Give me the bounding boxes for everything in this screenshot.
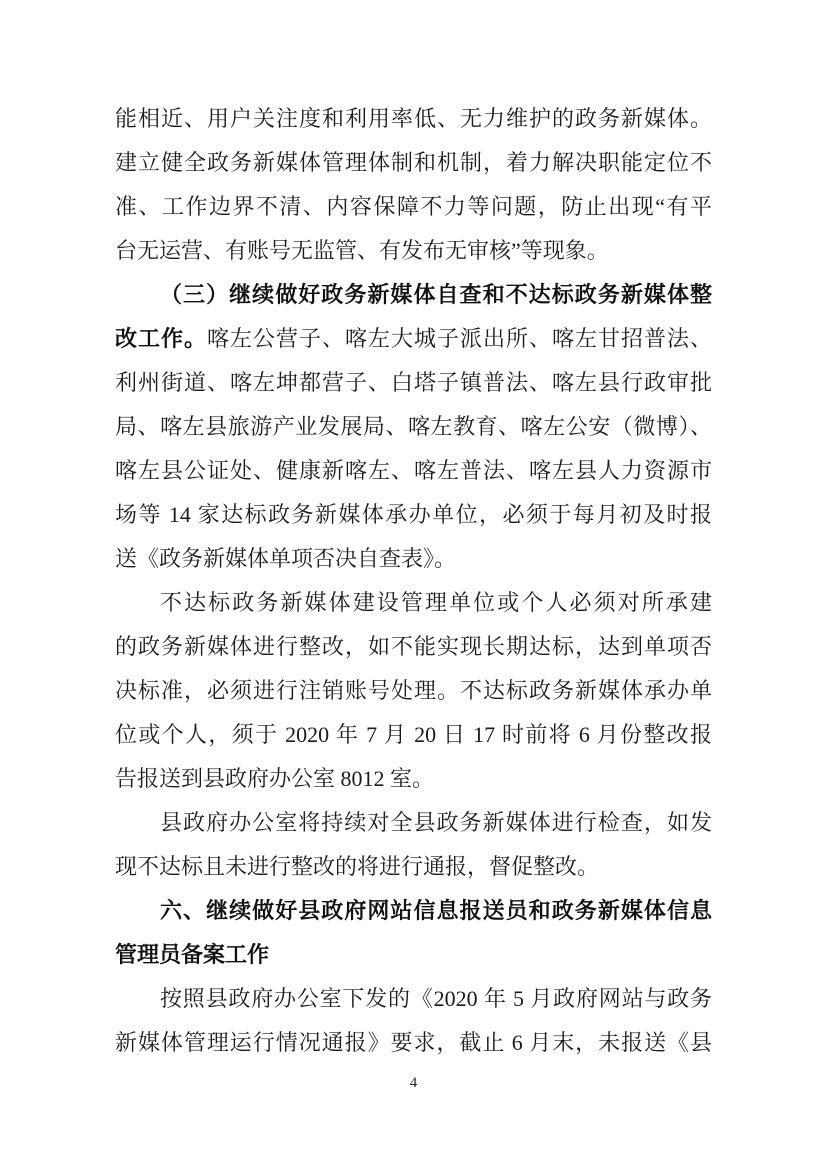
body-line: 位或个人，须于 2020 年 7 月 20 日 17 时前将 6 月份整改报 — [115, 713, 712, 757]
document-page: 能相近、用户关注度和利用率低、无力维护的政务新媒体。 建立健全政务新媒体管理体制… — [0, 0, 827, 1169]
body-line: 告报送到县政府办公室 8012 室。 — [115, 757, 712, 801]
body-line: 不达标政务新媒体建设管理单位或个人必须对所承建 — [115, 581, 712, 625]
section-heading-line: 六、继续做好县政府网站信息报送员和政务新媒体信息 — [115, 889, 712, 933]
body-line: 能相近、用户关注度和利用率低、无力维护的政务新媒体。 — [115, 97, 712, 141]
body-line: 利州街道、喀左坤都营子、白塔子镇普法、喀左县行政审批 — [115, 361, 712, 405]
document-body: 能相近、用户关注度和利用率低、无力维护的政务新媒体。 建立健全政务新媒体管理体制… — [115, 97, 712, 1065]
body-line: 新媒体管理运行情况通报》要求，截止 6 月末，未报送《县 — [115, 1021, 712, 1065]
body-line: 局、喀左县旅游产业发展局、喀左教育、喀左公安（微博）、 — [115, 405, 712, 449]
section-heading-run: 改工作。 — [115, 326, 207, 351]
body-line: 改工作。喀左公营子、喀左大城子派出所、喀左甘招普法、 — [115, 317, 712, 361]
section-heading-line: 管理员备案工作 — [115, 933, 712, 977]
body-line: 建立健全政务新媒体管理体制和机制，着力解决职能定位不 — [115, 141, 712, 185]
body-line: 喀左县公证处、健康新喀左、喀左普法、喀左县人力资源市 — [115, 449, 712, 493]
body-line: 县政府办公室将持续对全县政务新媒体进行检查，如发 — [115, 801, 712, 845]
body-text-run: 喀左公营子、喀左大城子派出所、喀左甘招普法、 — [207, 326, 712, 351]
body-line: 场等 14 家达标政务新媒体承办单位，必须于每月初及时报 — [115, 493, 712, 537]
body-line: 台无运营、有账号无监管、有发布无审核”等现象。 — [115, 229, 712, 273]
section-heading-line: （三）继续做好政务新媒体自查和不达标政务新媒体整 — [115, 273, 712, 317]
body-line: 决标准，必须进行注销账号处理。不达标政务新媒体承办单 — [115, 669, 712, 713]
body-line: 送《政务新媒体单项否决自查表》。 — [115, 537, 712, 581]
body-line: 按照县政府办公室下发的《2020 年 5 月政府网站与政务 — [115, 977, 712, 1021]
body-line: 准、工作边界不清、内容保障不力等问题，防止出现“有平 — [115, 185, 712, 229]
body-line: 的政务新媒体进行整改，如不能实现长期达标，达到单项否 — [115, 625, 712, 669]
page-number: 4 — [0, 1072, 827, 1094]
body-line: 现不达标且未进行整改的将进行通报，督促整改。 — [115, 845, 712, 889]
